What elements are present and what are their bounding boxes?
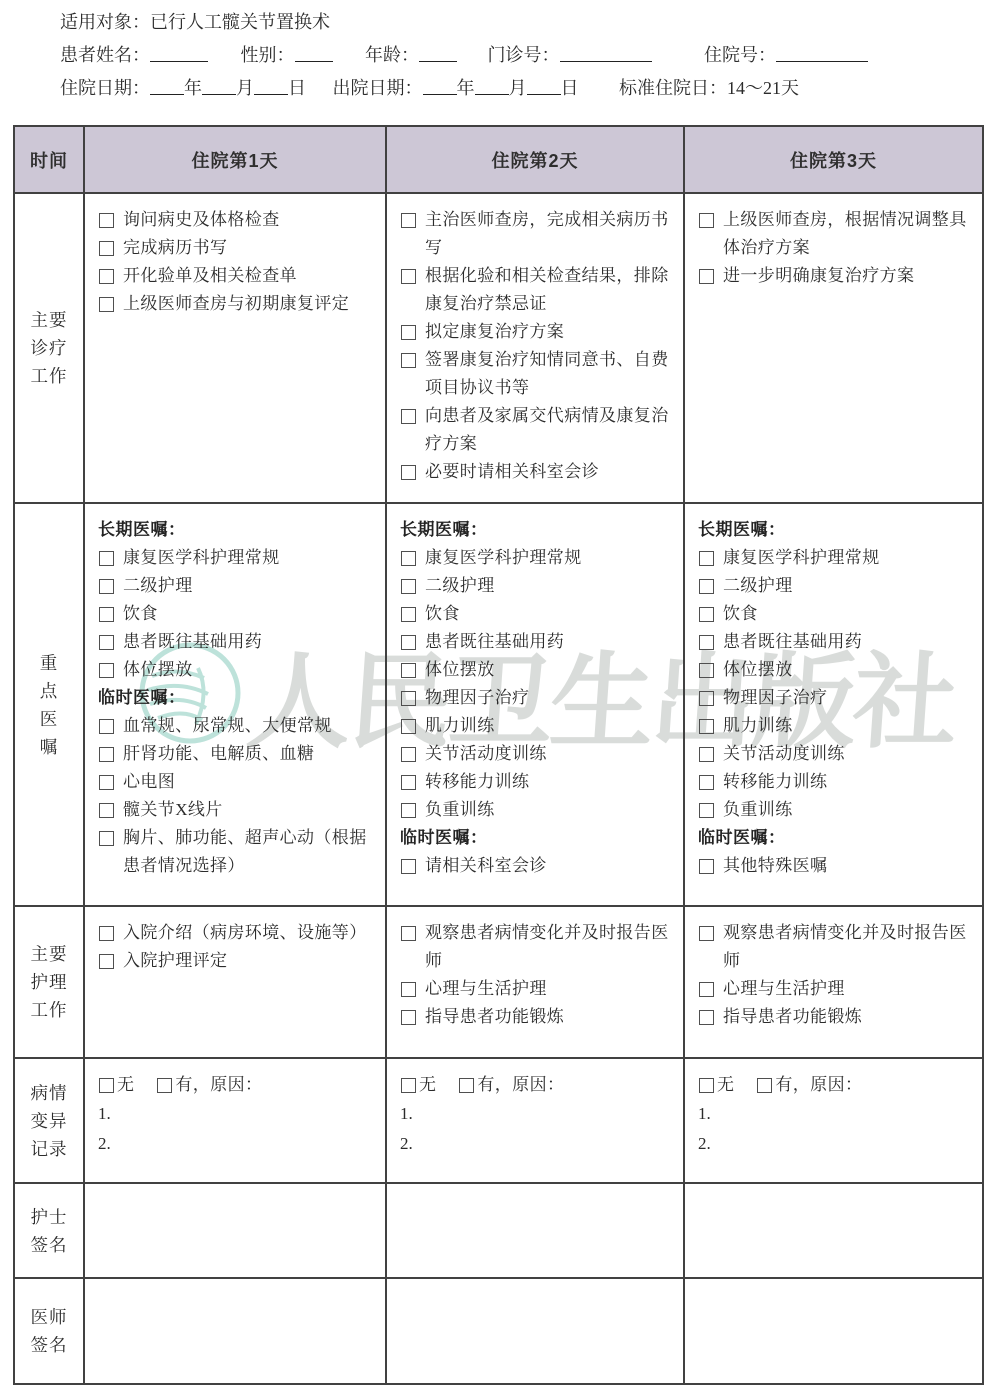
item-label: 观察患者病情变化并及时报告医师 [723, 919, 976, 975]
patient-name-field[interactable] [150, 46, 208, 62]
checklist-item: 物理因子治疗 [400, 684, 677, 712]
checklist-item: 二级护理 [98, 572, 379, 600]
checkbox-icon[interactable] [757, 1078, 772, 1093]
checklist-item: 血常规、尿常规、大便常规 [98, 712, 379, 740]
checkbox-icon[interactable] [99, 803, 114, 818]
item-label: 体位摆放 [123, 656, 379, 684]
item-label: 签署康复治疗知情同意书、自费项目协议书等 [425, 346, 677, 402]
checklist-item: 康复医学科护理常规 [400, 544, 677, 572]
cell-treatment-day3: 上级医师查房，根据情况调整具体治疗方案 进一步明确康复治疗方案 [684, 193, 983, 503]
clinic-no-label: 门诊号： [488, 45, 560, 65]
item-label: 转移能力训练 [425, 768, 677, 796]
reason-line-1[interactable]: 1. [98, 1099, 379, 1129]
checkbox-icon[interactable] [699, 269, 714, 284]
checklist-item: 患者既往基础用药 [698, 628, 976, 656]
nurse-signature-day3[interactable] [684, 1183, 983, 1278]
checkbox-icon[interactable] [401, 607, 416, 622]
checkbox-icon[interactable] [401, 409, 416, 424]
row-label-main-nursing: 主要 护理 工作 [14, 906, 84, 1058]
checklist-item: 饮食 [98, 600, 379, 628]
checklist-item: 进一步明确康复治疗方案 [698, 262, 976, 290]
item-label: 心理与生活护理 [425, 975, 677, 1003]
admit-month-field[interactable] [202, 79, 236, 95]
checklist-item: 向患者及家属交代病情及康复治疗方案 [400, 402, 677, 458]
checkbox-icon[interactable] [99, 579, 114, 594]
checklist-item: 询问病史及体格检查 [98, 206, 379, 234]
item-label: 指导患者功能锻炼 [425, 1003, 677, 1031]
admit-date-label: 住院日期： [60, 78, 150, 98]
checkbox-icon[interactable] [99, 213, 114, 228]
cell-nursing-day2: 观察患者病情变化并及时报告医师 心理与生活护理 指导患者功能锻炼 [386, 906, 684, 1058]
year-label: 年 [184, 78, 202, 98]
checklist-item: 必要时请相关科室会诊 [400, 458, 677, 486]
item-label: 转移能力训练 [723, 768, 976, 796]
checkbox-icon[interactable] [401, 719, 416, 734]
checkbox-icon[interactable] [99, 1078, 114, 1093]
checkbox-icon[interactable] [99, 719, 114, 734]
checklist-item: 入院介绍（病房环境、设施等） [98, 919, 379, 947]
temp-orders-title: 临时医嘱： [698, 824, 976, 852]
discharge-date-label: 出院日期： [333, 78, 423, 98]
item-label: 肝肾功能、电解质、血糖 [123, 740, 379, 768]
discharge-month-field[interactable] [475, 79, 509, 95]
item-label: 入院护理评定 [123, 947, 379, 975]
none-label: 无 [717, 1071, 734, 1099]
checklist-item: 入院护理评定 [98, 947, 379, 975]
checkbox-icon[interactable] [99, 775, 114, 790]
applicable-value: 已行人工髋关节置换术 [150, 12, 330, 32]
checklist-item: 签署康复治疗知情同意书、自费项目协议书等 [400, 346, 677, 402]
item-label: 康复医学科护理常规 [723, 544, 976, 572]
variance-options: 无 有，原因： [698, 1071, 976, 1099]
checkbox-icon[interactable] [99, 607, 114, 622]
form-header: 适用对象：已行人工髋关节置换术 患者姓名： 性别： 年龄： 门诊号： 住院号： … [60, 6, 970, 105]
checkbox-icon[interactable] [401, 579, 416, 594]
checkbox-icon[interactable] [157, 1078, 172, 1093]
checklist-item: 心电图 [98, 768, 379, 796]
item-label: 物理因子治疗 [723, 684, 976, 712]
checklist-item: 患者既往基础用药 [98, 628, 379, 656]
inpatient-no-label: 住院号： [704, 45, 776, 65]
nurse-signature-day2[interactable] [386, 1183, 684, 1278]
checklist-item: 关节活动度训练 [698, 740, 976, 768]
checklist-item: 饮食 [400, 600, 677, 628]
doctor-signature-day3[interactable] [684, 1278, 983, 1384]
item-label: 开化验单及相关检查单 [123, 262, 379, 290]
item-label: 二级护理 [123, 572, 379, 600]
checklist-item: 体位摆放 [98, 656, 379, 684]
item-label: 上级医师查房与初期康复评定 [123, 290, 379, 318]
table-header-row: 时间 住院第1天 住院第2天 住院第3天 [14, 126, 983, 193]
row-nurse-signature: 护士 签名 [14, 1183, 983, 1278]
checkbox-icon[interactable] [99, 241, 114, 256]
checklist-item: 负重训练 [400, 796, 677, 824]
item-label: 关节活动度训练 [425, 740, 677, 768]
checklist-item: 转移能力训练 [698, 768, 976, 796]
item-label: 指导患者功能锻炼 [723, 1003, 976, 1031]
item-label: 患者既往基础用药 [425, 628, 677, 656]
patient-name-label: 患者姓名： [60, 45, 150, 65]
sex-label: 性别： [241, 45, 295, 65]
has-reason-label: 有，原因： [477, 1071, 564, 1099]
checklist-item: 胸片、肺功能、超声心动（根据患者情况选择） [98, 824, 379, 880]
clinic-no-field[interactable] [560, 46, 652, 62]
year-label: 年 [457, 78, 475, 98]
checklist-item: 完成病历书写 [98, 234, 379, 262]
row-main-nursing: 主要 护理 工作 入院介绍（病房环境、设施等） 入院护理评定 观察患者病情变化并… [14, 906, 983, 1058]
long-term-orders-title: 长期医嘱： [98, 516, 379, 544]
none-label: 无 [117, 1071, 134, 1099]
patient-info-line: 患者姓名： 性别： 年龄： 门诊号： 住院号： [60, 39, 970, 72]
item-label: 胸片、肺功能、超声心动（根据患者情况选择） [123, 824, 379, 880]
checklist-item: 上级医师查房与初期康复评定 [98, 290, 379, 318]
checklist-item: 请相关科室会诊 [400, 852, 677, 880]
item-label: 肌力训练 [723, 712, 976, 740]
item-label: 心电图 [123, 768, 379, 796]
checkbox-icon[interactable] [699, 1078, 714, 1093]
temp-orders-title: 临时医嘱： [98, 684, 379, 712]
cell-treatment-day1: 询问病史及体格检查 完成病历书写 开化验单及相关检查单 上级医师查房与初期康复评… [84, 193, 386, 503]
age-field[interactable] [419, 46, 457, 62]
checkbox-icon[interactable] [401, 775, 416, 790]
checkbox-icon[interactable] [699, 982, 714, 997]
checkbox-icon[interactable] [401, 747, 416, 762]
checkbox-icon[interactable] [699, 635, 714, 650]
discharge-year-field[interactable] [423, 79, 457, 95]
checkbox-icon[interactable] [99, 297, 114, 312]
col-header-day3: 住院第3天 [684, 126, 983, 193]
checklist-item: 主治医师查房，完成相关病历书写 [400, 206, 677, 262]
row-label-main-treatment: 主要 诊疗 工作 [14, 193, 84, 503]
applicable-line: 适用对象：已行人工髋关节置换术 [60, 6, 970, 39]
checkbox-icon[interactable] [699, 859, 714, 874]
checkbox-icon[interactable] [401, 663, 416, 678]
checkbox-icon[interactable] [401, 213, 416, 228]
checkbox-icon[interactable] [459, 1078, 474, 1093]
checkbox-icon[interactable] [699, 775, 714, 790]
item-label: 髋关节X线片 [123, 796, 379, 824]
item-label: 患者既往基础用药 [123, 628, 379, 656]
item-label: 康复医学科护理常规 [425, 544, 677, 572]
checkbox-icon[interactable] [401, 926, 416, 941]
date-info-line: 住院日期：年月日 出院日期：年月日 标准住院日：14～21天 [60, 72, 970, 105]
checkbox-icon[interactable] [699, 579, 714, 594]
cell-variance-day3: 无 有，原因： 1. 2. [684, 1058, 983, 1183]
item-label: 根据化验和相关检查结果，排除康复治疗禁忌证 [425, 262, 677, 318]
checklist-item: 饮食 [698, 600, 976, 628]
applicable-label: 适用对象： [60, 12, 150, 32]
checkbox-icon[interactable] [401, 1010, 416, 1025]
cell-nursing-day1: 入院介绍（病房环境、设施等） 入院护理评定 [84, 906, 386, 1058]
checkbox-icon[interactable] [699, 926, 714, 941]
checkbox-icon[interactable] [401, 353, 416, 368]
checklist-item: 肌力训练 [400, 712, 677, 740]
checkbox-icon[interactable] [699, 1010, 714, 1025]
item-label: 负重训练 [425, 796, 677, 824]
checkbox-icon[interactable] [99, 269, 114, 284]
checkbox-icon[interactable] [699, 663, 714, 678]
checkbox-icon[interactable] [699, 551, 714, 566]
checklist-item: 负重训练 [698, 796, 976, 824]
checkbox-icon[interactable] [699, 213, 714, 228]
long-term-orders-title: 长期医嘱： [698, 516, 976, 544]
checklist-item: 体位摆放 [698, 656, 976, 684]
item-label: 血常规、尿常规、大便常规 [123, 712, 379, 740]
item-label: 上级医师查房，根据情况调整具体治疗方案 [723, 206, 976, 262]
checkbox-icon[interactable] [401, 803, 416, 818]
checklist-item: 康复医学科护理常规 [698, 544, 976, 572]
checkbox-icon[interactable] [401, 269, 416, 284]
checkbox-icon[interactable] [401, 465, 416, 480]
item-label: 肌力训练 [425, 712, 677, 740]
checklist-item: 转移能力训练 [400, 768, 677, 796]
std-stay-value: 14～21天 [727, 78, 799, 98]
cell-variance-day1: 无 有，原因： 1. 2. [84, 1058, 386, 1183]
nurse-signature-day1[interactable] [84, 1183, 386, 1278]
admit-day-field[interactable] [254, 79, 288, 95]
sex-field[interactable] [295, 46, 333, 62]
cell-treatment-day2: 主治医师查房，完成相关病历书写 根据化验和相关检查结果，排除康复治疗禁忌证 拟定… [386, 193, 684, 503]
checkbox-icon[interactable] [401, 325, 416, 340]
none-label: 无 [419, 1071, 436, 1099]
checkbox-icon[interactable] [699, 803, 714, 818]
doctor-signature-day1[interactable] [84, 1278, 386, 1384]
checklist-item: 观察患者病情变化并及时报告医师 [698, 919, 976, 975]
col-header-time: 时间 [14, 126, 84, 193]
cell-nursing-day3: 观察患者病情变化并及时报告医师 心理与生活护理 指导患者功能锻炼 [684, 906, 983, 1058]
checklist-item: 二级护理 [698, 572, 976, 600]
discharge-day-field[interactable] [527, 79, 561, 95]
item-label: 其他特殊医嘱 [723, 852, 976, 880]
item-label: 完成病历书写 [123, 234, 379, 262]
clinical-pathway-table: 时间 住院第1天 住院第2天 住院第3天 主要 诊疗 工作 询问病史及体格检查 … [13, 125, 984, 1385]
checklist-item: 根据化验和相关检查结果，排除康复治疗禁忌证 [400, 262, 677, 318]
item-label: 二级护理 [723, 572, 976, 600]
item-label: 观察患者病情变化并及时报告医师 [425, 919, 677, 975]
reason-line-1[interactable]: 1. [698, 1099, 976, 1129]
checkbox-icon[interactable] [401, 1078, 416, 1093]
item-label: 患者既往基础用药 [723, 628, 976, 656]
cell-orders-day2: 长期医嘱： 康复医学科护理常规 二级护理 饮食 患者既往基础用药 体位摆放 物理… [386, 503, 684, 906]
checklist-item: 其他特殊医嘱 [698, 852, 976, 880]
checklist-item: 髋关节X线片 [98, 796, 379, 824]
item-label: 入院介绍（病房环境、设施等） [123, 919, 379, 947]
document-page: { "top": { "line1_label": "适用对象：", "line… [0, 0, 995, 1388]
item-label: 康复医学科护理常规 [123, 544, 379, 572]
checklist-item: 关节活动度训练 [400, 740, 677, 768]
doctor-signature-day2[interactable] [386, 1278, 684, 1384]
item-label: 饮食 [425, 600, 677, 628]
row-doctor-signature: 医师 签名 [14, 1278, 983, 1384]
item-label: 物理因子治疗 [425, 684, 677, 712]
item-label: 拟定康复治疗方案 [425, 318, 677, 346]
checkbox-icon[interactable] [699, 691, 714, 706]
item-label: 进一步明确康复治疗方案 [723, 262, 976, 290]
col-header-day2: 住院第2天 [386, 126, 684, 193]
checkbox-icon[interactable] [99, 747, 114, 762]
checkbox-icon[interactable] [699, 607, 714, 622]
checklist-item: 物理因子治疗 [698, 684, 976, 712]
checklist-item: 患者既往基础用药 [400, 628, 677, 656]
variance-options: 无 有，原因： [400, 1071, 677, 1099]
checklist-item: 肌力训练 [698, 712, 976, 740]
age-label: 年龄： [365, 45, 419, 65]
checkbox-icon[interactable] [401, 691, 416, 706]
row-key-orders: 重 点 医 嘱 长期医嘱： 康复医学科护理常规 二级护理 饮食 患者既往基础用药… [14, 503, 983, 906]
checkbox-icon[interactable] [99, 954, 114, 969]
item-label: 询问病史及体格检查 [123, 206, 379, 234]
item-label: 向患者及家属交代病情及康复治疗方案 [425, 402, 677, 458]
checklist-item: 心理与生活护理 [400, 975, 677, 1003]
reason-line-2[interactable]: 2. [698, 1129, 976, 1159]
checklist-item: 肝肾功能、电解质、血糖 [98, 740, 379, 768]
row-main-treatment: 主要 诊疗 工作 询问病史及体格检查 完成病历书写 开化验单及相关检查单 上级医… [14, 193, 983, 503]
checklist-item: 康复医学科护理常规 [98, 544, 379, 572]
std-stay-label: 标准住院日： [619, 78, 727, 98]
item-label: 负重训练 [723, 796, 976, 824]
checklist-item: 体位摆放 [400, 656, 677, 684]
checkbox-icon[interactable] [99, 831, 114, 846]
item-label: 请相关科室会诊 [425, 852, 677, 880]
checklist-item: 上级医师查房，根据情况调整具体治疗方案 [698, 206, 976, 262]
item-label: 必要时请相关科室会诊 [425, 458, 677, 486]
checkbox-icon[interactable] [99, 551, 114, 566]
item-label: 关节活动度训练 [723, 740, 976, 768]
cell-orders-day1: 长期医嘱： 康复医学科护理常规 二级护理 饮食 患者既往基础用药 体位摆放 临时… [84, 503, 386, 906]
has-reason-label: 有，原因： [175, 1071, 262, 1099]
month-label: 月 [236, 78, 254, 98]
checkbox-icon[interactable] [401, 635, 416, 650]
checkbox-icon[interactable] [99, 663, 114, 678]
checklist-item: 心理与生活护理 [698, 975, 976, 1003]
cell-orders-day3: 长期医嘱： 康复医学科护理常规 二级护理 饮食 患者既往基础用药 体位摆放 物理… [684, 503, 983, 906]
has-reason-label: 有，原因： [775, 1071, 862, 1099]
reason-line-1[interactable]: 1. [400, 1099, 677, 1129]
inpatient-no-field[interactable] [776, 46, 868, 62]
item-label: 体位摆放 [425, 656, 677, 684]
admit-year-field[interactable] [150, 79, 184, 95]
reason-line-2[interactable]: 2. [400, 1129, 677, 1159]
item-label: 体位摆放 [723, 656, 976, 684]
checkbox-icon[interactable] [401, 859, 416, 874]
checklist-item: 指导患者功能锻炼 [698, 1003, 976, 1031]
checkbox-icon[interactable] [699, 747, 714, 762]
temp-orders-title: 临时医嘱： [400, 824, 677, 852]
checklist-item: 拟定康复治疗方案 [400, 318, 677, 346]
checkbox-icon[interactable] [401, 982, 416, 997]
row-label-key-orders: 重 点 医 嘱 [14, 503, 84, 906]
checkbox-icon[interactable] [99, 926, 114, 941]
long-term-orders-title: 长期医嘱： [400, 516, 677, 544]
item-label: 心理与生活护理 [723, 975, 976, 1003]
row-label-nurse-signature: 护士 签名 [14, 1183, 84, 1278]
col-header-day1: 住院第1天 [84, 126, 386, 193]
checklist-item: 二级护理 [400, 572, 677, 600]
item-label: 二级护理 [425, 572, 677, 600]
checkbox-icon[interactable] [99, 635, 114, 650]
checkbox-icon[interactable] [401, 551, 416, 566]
row-variance-record: 病情 变异 记录 无 有，原因： 1. 2. 无 有，原因： 1. 2. 无 [14, 1058, 983, 1183]
cell-variance-day2: 无 有，原因： 1. 2. [386, 1058, 684, 1183]
item-label: 主治医师查房，完成相关病历书写 [425, 206, 677, 262]
item-label: 饮食 [123, 600, 379, 628]
row-label-variance-record: 病情 变异 记录 [14, 1058, 84, 1183]
day-label: 日 [288, 78, 306, 98]
row-label-doctor-signature: 医师 签名 [14, 1278, 84, 1384]
day-label: 日 [561, 78, 579, 98]
item-label: 饮食 [723, 600, 976, 628]
checklist-item: 指导患者功能锻炼 [400, 1003, 677, 1031]
month-label: 月 [509, 78, 527, 98]
checkbox-icon[interactable] [699, 719, 714, 734]
checklist-item: 开化验单及相关检查单 [98, 262, 379, 290]
variance-options: 无 有，原因： [98, 1071, 379, 1099]
checklist-item: 观察患者病情变化并及时报告医师 [400, 919, 677, 975]
reason-line-2[interactable]: 2. [98, 1129, 379, 1159]
